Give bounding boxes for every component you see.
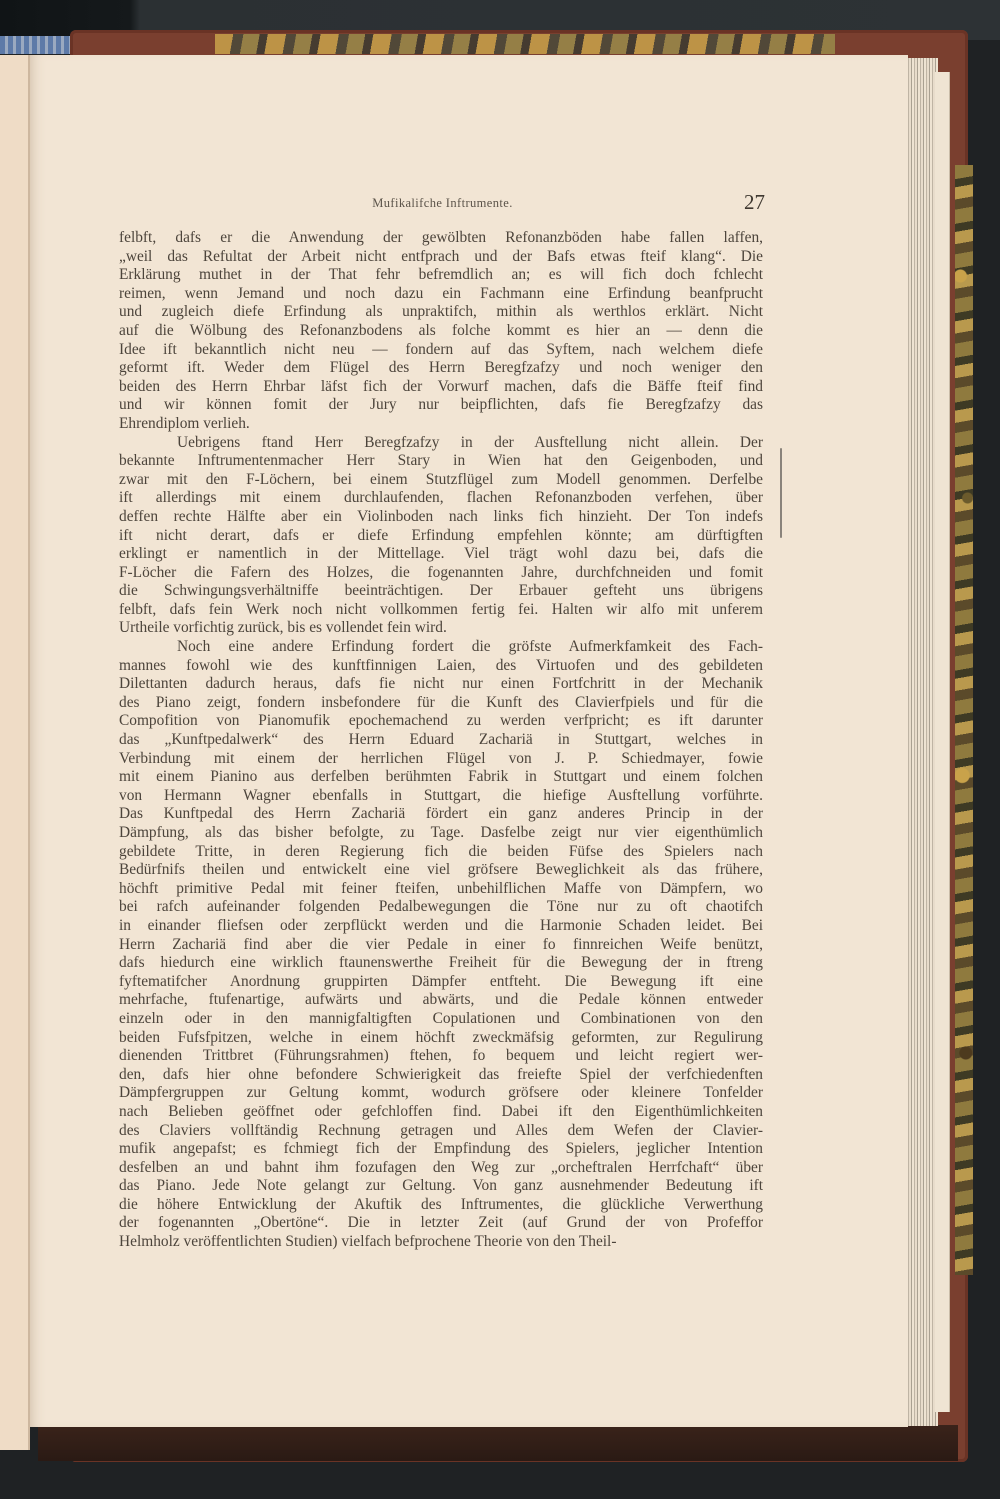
- text-line: höchft primitive Pedal mit feiner fteife…: [119, 880, 763, 899]
- text-line: bekannte Inftrumentenmacher Herr Stary i…: [119, 452, 763, 471]
- text-line: auf die Wölbung des Refonanzbodens als f…: [119, 322, 763, 341]
- text-line: dienenden Trittbret (Führungsrahmen) fte…: [119, 1047, 763, 1066]
- text-line: mufik angepafst; es fchmiegt fich der Em…: [119, 1140, 763, 1159]
- text-line: deffen rechte Hälfte aber ein Violinbode…: [119, 508, 763, 527]
- text-line: fyftematifcher Anordnung gruppirten Dämp…: [119, 973, 763, 992]
- text-line: felbft, dafs fein Werk noch nicht vollko…: [119, 601, 763, 620]
- text-line: Verbindung mit einem der herrlichen Flüg…: [119, 750, 763, 769]
- text-line: mehrfache, ftufenartige, aufwärts und ab…: [119, 991, 763, 1010]
- text-line: Idee ift bekanntlich nicht neu — fondern…: [119, 341, 763, 360]
- text-line: den, dafs hier ohne befondere Schwierigk…: [119, 1066, 763, 1085]
- page-number: 27: [744, 190, 765, 215]
- text-line: beiden des Herrn Ehrbar läfst fich der V…: [119, 378, 763, 397]
- text-line: reimen, wenn Jemand und noch dazu ein Fa…: [119, 285, 763, 304]
- text-line: die höhere Entwicklung der Akuftik des I…: [119, 1196, 763, 1215]
- text-line: nach Belieben geöffnet oder gefchloffen …: [119, 1103, 763, 1122]
- text-line: felbft, dafs er die Anwendung der gewölb…: [119, 229, 763, 248]
- running-head: Mufikalifche Inftrumente. 27: [120, 190, 765, 214]
- paragraph: felbft, dafs er die Anwendung der gewölb…: [119, 229, 763, 434]
- text-line: zwar mit den F-Löchern, bei einem Stutzf…: [119, 471, 763, 490]
- text-line: Bedürfnifs theilen und entwickelt eine v…: [119, 861, 763, 880]
- text-line: mit einem Pianino aus derfelben berühmte…: [119, 768, 763, 787]
- paragraph: Noch eine andere Erfindung fordert die g…: [119, 638, 763, 1252]
- text-line: bei rafch aufeinander folgenden Pedalbew…: [119, 898, 763, 917]
- running-title: Mufikalifche Inftrumente.: [120, 196, 765, 211]
- text-line: mannes fowohl wie des kunftfinnigen Laie…: [119, 657, 763, 676]
- text-line: der fogenannten „Obertöne“. Die in letzt…: [119, 1214, 763, 1233]
- page-stack-outer: [935, 72, 950, 1412]
- text-line: Helmholz veröffentlichten Studien) vielf…: [119, 1233, 763, 1252]
- text-line: und zugleich diefe Erfindung als unprakt…: [119, 303, 763, 322]
- text-line: dafs hiedurch eine wirklich ftaunenswert…: [119, 954, 763, 973]
- text-line: gebildete Tritte, in deren Regierung fic…: [119, 843, 763, 862]
- cover-bottom-edge: [38, 1425, 958, 1461]
- text-line: in einander fliefsen oder zerpflückt wer…: [119, 917, 763, 936]
- text-line: des Piano zeigt, fondern insbefondere fü…: [119, 694, 763, 713]
- text-line: Uebrigens ftand Herr Beregfzafzy in der …: [119, 434, 763, 453]
- text-line: Urtheile vorfichtig zurück, bis es volle…: [119, 619, 763, 638]
- text-line: des Claviers vollftändig Rechnung getrag…: [119, 1122, 763, 1141]
- facing-page-edge: [0, 55, 30, 1450]
- text-line: einzeln oder in den mannigfaltigften Cop…: [119, 1010, 763, 1029]
- text-line: und wir können fomit der Jury nur beipfl…: [119, 396, 763, 415]
- body-text: felbft, dafs er die Anwendung der gewölb…: [119, 229, 763, 1252]
- text-line: ift nicht derart, dafs er diefe Erfindun…: [119, 527, 763, 546]
- paragraph: Uebrigens ftand Herr Beregfzafzy in der …: [119, 434, 763, 639]
- text-line: Compofition von Pianomufik epochemachend…: [119, 712, 763, 731]
- text-line: das „Kunftpedalwerk“ des Herrn Eduard Za…: [119, 731, 763, 750]
- text-line: erklingt er namentlich in der Mittellage…: [119, 545, 763, 564]
- pencil-margin-mark: [780, 448, 782, 538]
- text-line: Dilettanten dadurch heraus, dafs fie nic…: [119, 675, 763, 694]
- text-line: ift allerdings mit einem durchlaufenden,…: [119, 489, 763, 508]
- text-line: geformt ift. Weder dem Flügel des Herrn …: [119, 359, 763, 378]
- binding-thread: [0, 36, 70, 54]
- text-line: Das Kunftpedal des Herrn Zachariä förder…: [119, 805, 763, 824]
- text-line: desfelben an und bahnt ihm fozufagen den…: [119, 1159, 763, 1178]
- text-line: Herrn Zachariä find aber die vier Pedale…: [119, 936, 763, 955]
- text-line: Erklärung muthet in der That fehr befrem…: [119, 266, 763, 285]
- marbled-cover-edge-top: [215, 34, 835, 54]
- text-line: Dämpfung, als das bisher befolgte, zu Ta…: [119, 824, 763, 843]
- text-line: das Piano. Jede Note gelangt zur Geltung…: [119, 1177, 763, 1196]
- text-line: „weil das Refultat der Arbeit nicht entf…: [119, 248, 763, 267]
- text-line: Noch eine andere Erfindung fordert die g…: [119, 638, 763, 657]
- text-line: von Hermann Wagner ebenfalls in Stuttgar…: [119, 787, 763, 806]
- text-line: F-Löcher die Fafern des Holzes, die foge…: [119, 564, 763, 583]
- text-line: Ehrendiplom verlieh.: [119, 415, 763, 434]
- text-line: die Schwingungsverhältniffe beeinträchti…: [119, 582, 763, 601]
- marbled-cover-edge-right: [955, 165, 973, 1275]
- text-line: beiden Fufsfpitzen, welche in einem höch…: [119, 1029, 763, 1048]
- text-line: Dämpfergruppen zur Geltung kommt, wodurc…: [119, 1084, 763, 1103]
